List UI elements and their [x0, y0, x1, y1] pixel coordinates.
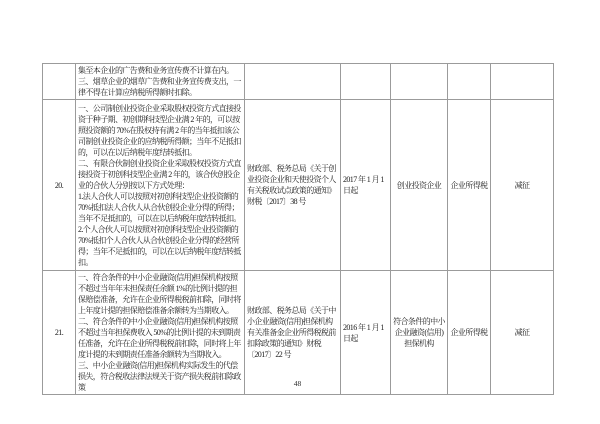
effective-date-cell: 2017 年 1 月 1 日起 — [341, 100, 391, 271]
tax-type-cell — [448, 64, 491, 100]
beneficiary-cell: 符合条件的中小企业融资(信用)担保机构 — [391, 271, 448, 395]
policy-document-cell: 财政部、税务总局《关于创业投资企业和天使投资个人有关税收试点政策的通知》财税〔2… — [245, 100, 341, 271]
policy-document-cell — [245, 64, 341, 100]
policy-table: 集至本企业的广告费和业务宣传费不计算在内。 三、烟草企业的烟草广告费和业务宣传费… — [42, 63, 554, 395]
beneficiary-cell: 创业投资企业 — [391, 100, 448, 271]
row-number-cell — [43, 64, 76, 100]
document-page: 集至本企业的广告费和业务宣传费不计算在内。 三、烟草企业的烟草广告费和业务宣传费… — [0, 0, 600, 424]
page-number: 48 — [42, 379, 553, 388]
beneficiary-cell — [391, 64, 448, 100]
effective-date-cell — [341, 64, 391, 100]
table-row-21: 21. 一、符合条件的中小企业融资(信用)担保机构按照不超过当年年末担保责任余额… — [43, 271, 554, 395]
policy-content-cell: 集至本企业的广告费和业务宣传费不计算在内。 三、烟草企业的烟草广告费和业务宣传费… — [76, 64, 245, 100]
table-row-20: 20. 一、公司制创业投资企业采取股权投资方式直接投资于种子期、初创期科技型企业… — [43, 100, 554, 271]
relief-type-cell: 减征 — [491, 100, 554, 271]
relief-type-cell: 减征 — [491, 271, 554, 395]
row-number-cell: 20. — [43, 100, 76, 271]
tax-type-cell: 企业所得税 — [448, 271, 491, 395]
policy-content-cell: 一、符合条件的中小企业融资(信用)担保机构按照不超过当年年末担保责任余额 1%的… — [76, 271, 245, 395]
tax-type-cell: 企业所得税 — [448, 100, 491, 271]
table-row-continued: 集至本企业的广告费和业务宣传费不计算在内。 三、烟草企业的烟草广告费和业务宣传费… — [43, 64, 554, 100]
policy-document-cell: 财政部、税务总局《关于中小企业融资(信用)担保机构有关准备金企业所得税税前扣除政… — [245, 271, 341, 395]
policy-content-cell: 一、公司制创业投资企业采取股权投资方式直接投资于种子期、初创期科技型企业满 2 … — [76, 100, 245, 271]
row-number-cell: 21. — [43, 271, 76, 395]
relief-type-cell — [491, 64, 554, 100]
effective-date-cell: 2016 年 1 月 1 日起 — [341, 271, 391, 395]
